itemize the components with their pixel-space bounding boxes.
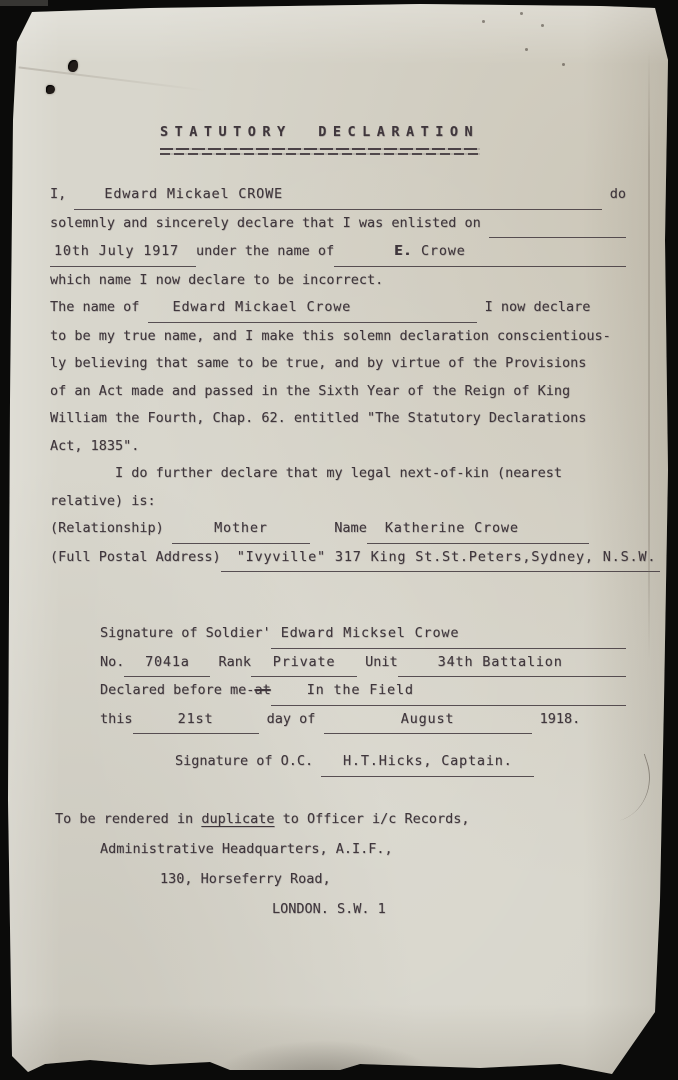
text-run: Name xyxy=(310,515,367,543)
document-line: I do further declare that my legal next-… xyxy=(50,460,626,488)
form-field-value: Edward Micksel Crowe xyxy=(271,620,626,649)
underlined-text: duplicate xyxy=(201,804,274,834)
paper-speck xyxy=(541,24,544,27)
document-line: to be my true name, and I make this sole… xyxy=(50,323,626,351)
text-run: to be my true name, and I make this sole… xyxy=(50,323,611,351)
blank-field xyxy=(489,210,626,239)
text-run: Unit xyxy=(357,649,398,677)
text-run: To be rendered in xyxy=(55,804,201,834)
document-line: ly believing that same to be true, and b… xyxy=(50,350,626,378)
text-run: to Officer i/c Records, xyxy=(274,804,469,834)
paper-speck xyxy=(482,20,485,23)
text-run: Signature of Soldier' xyxy=(100,620,271,648)
text-run: which name I now declare to be incorrect… xyxy=(50,267,383,295)
scanned-page: STATUTORY DECLARATION I, Edward Mickael … xyxy=(0,0,678,1080)
document-line: 10th July 1917under the name ofE. Crowe xyxy=(50,238,626,267)
form-field-value: 34th Battalion xyxy=(398,649,626,678)
text-run: William the Fourth, Chap. 62. entitled "… xyxy=(50,405,586,433)
document-line: of an Act made and passed in the Sixth Y… xyxy=(50,378,626,406)
form-field-value: Mother xyxy=(172,515,310,544)
text-run: Rank xyxy=(210,649,251,677)
document-line: this21st day of August 1918. xyxy=(50,706,626,735)
text-run: (Relationship) xyxy=(50,515,172,543)
document-line: 130, Horseferry Road, xyxy=(50,864,626,894)
declaration-document: STATUTORY DECLARATION I, Edward Mickael … xyxy=(0,0,678,1080)
document-line: William the Fourth, Chap. 62. entitled "… xyxy=(50,405,626,433)
document-line: Signature of O.C. H.T.Hicks, Captain. xyxy=(50,748,626,777)
text-run: I now declare xyxy=(477,294,591,322)
form-field-value: Katherine Crowe xyxy=(367,515,589,544)
text-run: Act, 1835". xyxy=(50,433,139,461)
document-content: STATUTORY DECLARATION I, Edward Mickael … xyxy=(0,0,678,1080)
form-field-value: Edward Mickael CROWE xyxy=(74,181,601,210)
document-line: The name of Edward Mickael Crowe I now d… xyxy=(50,294,626,323)
form-field-value: H.T.Hicks, Captain. xyxy=(321,748,534,777)
title-underline xyxy=(160,148,480,155)
paper-crease xyxy=(648,50,650,660)
text-run: (Full Postal Address) xyxy=(50,544,221,572)
form-field-value: Edward Mickael Crowe xyxy=(148,294,477,323)
paper-speck xyxy=(525,48,528,51)
struck-text: at xyxy=(254,677,270,705)
text-run: 130, Horseferry Road, xyxy=(160,864,331,894)
paper-speck xyxy=(562,63,565,66)
text-run: Declared before me- xyxy=(100,677,254,705)
text-run: Administrative Headquarters, A.I.F., xyxy=(100,834,393,864)
text-run: ly believing that same to be true, and b… xyxy=(50,350,586,378)
form-field-value: 21st xyxy=(133,706,259,735)
document-body: I, Edward Mickael CROWE dosolemnly and s… xyxy=(50,181,626,924)
text-run: this xyxy=(100,706,133,734)
text-run: do xyxy=(602,181,626,209)
document-line: I, Edward Mickael CROWE do xyxy=(50,181,626,210)
document-line: (Full Postal Address)"Ivyville" 317 King… xyxy=(50,544,626,573)
text-run: of an Act made and passed in the Sixth Y… xyxy=(50,378,570,406)
text-run: The name of xyxy=(50,294,148,322)
form-field-value: "Ivyville" 317 King St.St.Peters,Sydney,… xyxy=(221,544,661,573)
text-run: day of xyxy=(259,706,324,734)
document-line: Act, 1835". xyxy=(50,433,626,461)
text-run: I do further declare that my legal next-… xyxy=(115,460,562,488)
form-field-value: August xyxy=(324,706,532,735)
text-run: No. xyxy=(100,649,124,677)
bottom-shadow xyxy=(210,1040,440,1080)
form-field-value: E. Crowe xyxy=(334,238,626,267)
form-field-value: Private xyxy=(251,649,357,678)
document-line: Declared before me-atIn the Field xyxy=(50,677,626,706)
text-run: solemnly and sincerely declare that I wa… xyxy=(50,210,489,238)
text-run: LONDON. S.W. 1 xyxy=(272,894,386,924)
document-line: LONDON. S.W. 1 xyxy=(50,894,626,924)
form-field-value: 7041a xyxy=(124,649,210,678)
document-line: Signature of Soldier'Edward Micksel Crow… xyxy=(50,620,626,649)
document-line: which name I now declare to be incorrect… xyxy=(50,267,626,295)
document-title: STATUTORY DECLARATION xyxy=(160,124,626,140)
form-field-value: In the Field xyxy=(271,677,626,706)
document-line: No.7041a RankPrivate Unit34th Battalion xyxy=(50,649,626,678)
document-line: To be rendered in duplicate to Officer i… xyxy=(50,804,626,834)
text-run: Signature of O.C. xyxy=(175,748,321,776)
scan-edge-artifact xyxy=(0,0,48,6)
form-field-value: 10th July 1917 xyxy=(50,238,196,267)
document-line: solemnly and sincerely declare that I wa… xyxy=(50,210,626,239)
paper-speck xyxy=(520,12,523,15)
text-run: relative) is: xyxy=(50,488,156,516)
text-run: under the name of xyxy=(196,238,334,266)
document-line: (Relationship) Mother NameKatherine Crow… xyxy=(50,515,626,544)
text-run: I, xyxy=(50,181,74,209)
text-run: 1918. xyxy=(532,706,581,734)
document-line: relative) is: xyxy=(50,488,626,516)
document-line: Administrative Headquarters, A.I.F., xyxy=(50,834,626,864)
